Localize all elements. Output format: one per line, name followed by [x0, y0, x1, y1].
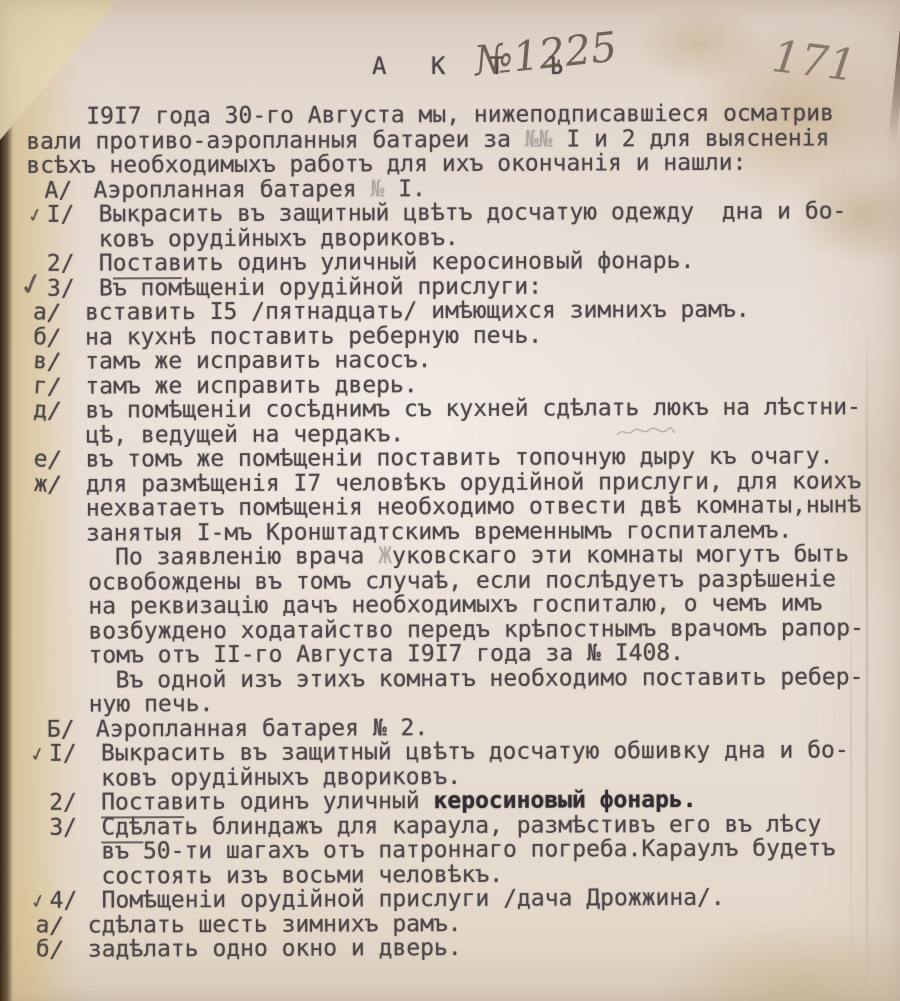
handwritten-act-number: №1225: [472, 23, 619, 86]
line-label: 3/: [49, 815, 77, 839]
line-text: ковъ орудійныхъ двориковъ.: [101, 763, 900, 790]
line-label: б/: [32, 324, 61, 350]
line-text: ковъ орудійныхъ двориковъ.: [99, 224, 899, 251]
document-scan-page: А К Т Ъ №1225 171 I9I7 года 30-го Август…: [0, 0, 900, 1001]
line-label: г/: [33, 373, 62, 399]
typed-text-body: I9I7 года 30-го Августа мы, нижеподписав…: [0, 101, 900, 962]
handwritten-page-number: 171: [769, 31, 859, 92]
line-label: б/: [35, 937, 64, 963]
line-text: задѣлать одно окно и дверь.: [88, 934, 900, 962]
line-text: Поставить одинъ уличный керосиновый фона…: [99, 248, 899, 275]
line-text: въ 50-ти шагахъ отъ патроннаго погреба.К…: [101, 836, 900, 863]
line-text: Помѣщеніи орудійной прислуги /дача Дрожж…: [102, 885, 900, 912]
line-label: Б/: [47, 717, 75, 741]
line-label: а/: [32, 300, 61, 326]
line-text: Въ одной изъ этихъ комнатъ необходимо по…: [116, 665, 900, 692]
line-text: вали противо-аэропланныя батареи за №№ I…: [26, 126, 898, 154]
line-text: состоять изъ восьми человѣкъ.: [101, 861, 900, 888]
line-label: А/: [44, 178, 72, 202]
line-text: вставить I5 /пятнадцать/ имѣющихся зимни…: [85, 297, 899, 325]
line-label: 2/: [47, 252, 75, 276]
line-text: тамъ же исправить насосъ.: [85, 346, 899, 374]
line-label: 3/: [47, 276, 75, 300]
checkmark-annotation: ✓: [26, 202, 44, 228]
line-label: в/: [32, 349, 61, 375]
line-label: I/: [47, 203, 75, 227]
document-line: б/задѣлать одно окно и дверь.: [2, 934, 900, 962]
line-label: е/: [33, 447, 62, 473]
line-label: а/: [35, 912, 64, 938]
checkmark-annotation: ✓: [28, 741, 46, 767]
line-label: д/: [33, 398, 62, 424]
line-text: Въ помѣщеніи орудійной прислуги:: [99, 273, 899, 300]
pencil-scribble: [615, 424, 677, 440]
line-text: всѣхъ необходимыхъ работъ для ихъ оконча…: [26, 150, 898, 178]
line-label: ж/: [33, 471, 62, 497]
line-text: ную печь.: [89, 689, 900, 717]
line-label: 2/: [49, 791, 77, 815]
line-text: сдѣлать шесть зимнихъ рамъ.: [88, 910, 900, 938]
checkmark-annotation: ✓: [29, 888, 47, 914]
line-label: 4/: [50, 889, 78, 913]
line-label: I/: [49, 742, 77, 766]
line-text: на кухнѣ поставить реберную печь.: [85, 322, 899, 350]
line-text: въ помѣщеніи сосѣднимъ съ кухней сдѣлать…: [85, 395, 899, 423]
line-text: возбуждено ходатайство передъ крѣпостным…: [88, 616, 900, 644]
line-text: Выкрасить въ защитный цвѣтъ досчатую обш…: [101, 738, 900, 765]
line-text: Выкрасить въ защитный цвѣтъ досчатую оде…: [99, 199, 899, 226]
